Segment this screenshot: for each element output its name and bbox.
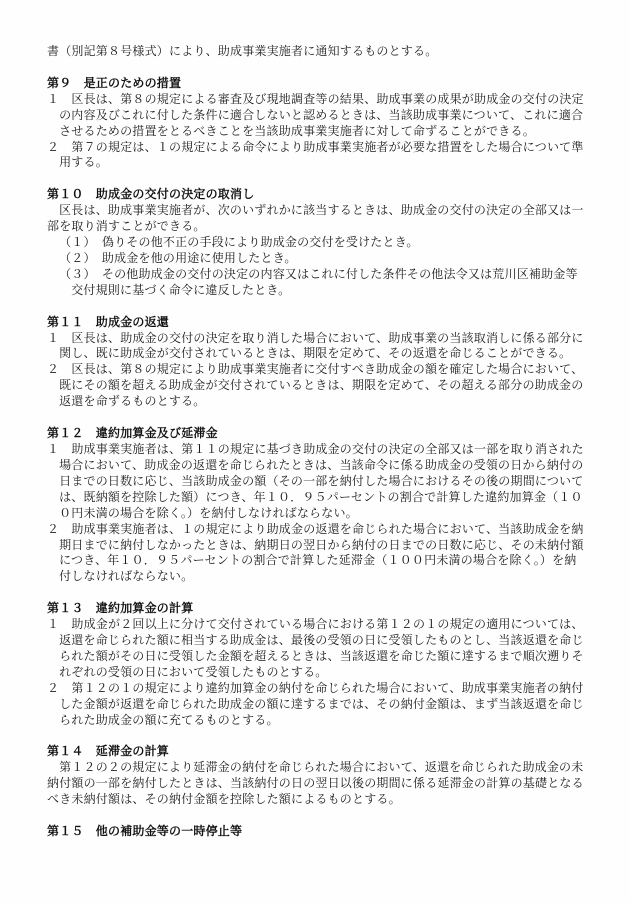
body-text-line: ０円未満の場合を除く。）を納付しなければならない。 — [59, 505, 358, 521]
body-text-line: れぞれの受領の日において受領したものとする。 — [59, 664, 327, 680]
section-heading: 第１３ 違約加算金の計算 — [47, 600, 193, 616]
body-text-line: （２） 助成金を他の用途に使用したとき。 — [59, 250, 297, 266]
section-heading: 第９ 是正のための措置 — [47, 75, 181, 91]
section-heading: 第１２ 違約加算金及び延滞金 — [47, 425, 218, 441]
body-text-line: した金額が返還を命じられた助成金の額に達するまでは、その納付金額は、まず当該返還… — [59, 696, 584, 712]
body-text-line: 返還を命じられた額に相当する助成金は、最後の受領の日に受領したものとし、当該返還… — [59, 632, 584, 648]
body-text-line: １ 区長は、第８の規定による審査及び現地調査等の結果、助成事業の成果が助成金の交… — [47, 91, 584, 107]
body-text-line: 期日までに納付しなかったときは、納期日の翌日から納付の日までの日数に応じ、その未… — [59, 537, 584, 553]
body-text-line: 部を取り消すことができる。 — [47, 218, 206, 234]
body-text-line: （３） その他助成金の交付の決定の内容又はこれに付した条件その他法令又は荒川区補… — [59, 266, 578, 282]
section-heading: 第１４ 延滞金の計算 — [47, 743, 169, 759]
body-text-line: （１） 偽りその他不正の手段により助成金の交付を受けたとき。 — [59, 234, 419, 250]
body-text-line: べき未納付額は、その納付金額を控除した額によるものとする。 — [47, 791, 401, 807]
body-text-line: 場合において、助成金の返還を命じられたときは、当該命令に係る助成金の受領の日から… — [59, 457, 583, 473]
body-text-line: １ 助成事業実施者は、第１１の規定に基づき助成金の交付の決定の全部又は一部を取り… — [47, 441, 584, 457]
body-text-line: られた額がその日に受領した金額を超えるときは、当該返還を命じた額に達するまで順次… — [59, 648, 584, 664]
body-text-line: させるための措置をとるべきことを当該助成事業実施者に対して命ずることができる。 — [59, 123, 535, 139]
body-text-line: られた助成金の額に充てるものとする。 — [59, 712, 279, 728]
body-text-line: ２ 第１２の１の規定により違約加算金の納付を命じられた場合において、助成事業実施… — [47, 680, 584, 696]
section-heading: 第１５ 他の補助金等の一時停止等 — [47, 823, 242, 839]
body-text-line: 既にその額を超える助成金が交付されているときは、期限を定めて、その超える部分の助… — [59, 377, 583, 393]
body-text-line: 納付額の一部を納付したときは、当該納付の日の翌日以後の期間に係る延滞金の計算の基… — [47, 775, 584, 791]
body-text-line: １ 区長は、助成金の交付の決定を取り消した場合において、助成事業の当該取消しに係… — [47, 330, 584, 346]
body-text-line: ２ 区長は、第８の規定により助成事業実施者に交付すべき助成金の額を確定した場合に… — [47, 361, 583, 377]
body-text-line: ２ 第７の規定は、１の規定による命令により助成事業実施者が必要な措置をした場合に… — [47, 139, 584, 155]
section-heading: 第１１ 助成金の返還 — [47, 314, 169, 330]
document-page: 書（別記第８号様式）により、助成事業実施者に通知するものとする。第９ 是正のため… — [0, 0, 630, 903]
body-text-line: 返還を命ずるものとする。 — [59, 393, 205, 409]
body-text-line: 用する。 — [59, 154, 108, 170]
section-heading: 第１０ 助成金の交付の決定の取消し — [47, 186, 254, 202]
body-text-line: につき、年１０．９５パーセントの割合で計算した延滞金（１００円未満の場合を除く。… — [59, 552, 576, 568]
body-text-line: １ 助成金が２回以上に分けて交付されている場合における第１２の１の規定の適用につ… — [47, 616, 584, 632]
body-text-line: 区長は、助成事業実施者が、次のいずれかに該当するときは、助成金の交付の決定の全部… — [59, 202, 584, 218]
body-text-line: 第１２の２の規定により延滞金の納付を命じられた場合において、返還を命じられた助成… — [59, 759, 583, 775]
body-text-line: 交付規則に基づく命令に違反したとき。 — [71, 282, 290, 298]
body-text-line: 書（別記第８号様式）により、助成事業実施者に通知するものとする。 — [47, 43, 437, 59]
body-text-line: の内容及びこれに付した条件に適合しないと認めるときは、当該助成事業について、これ… — [59, 107, 583, 123]
body-text-line: 日までの日数に応じ、当該助成金の額（その一部を納付した場合におけるその後の期間に… — [59, 473, 583, 489]
body-text-line: ２ 助成事業実施者は、１の規定により助成金の返還を命じられた場合において、当該助… — [47, 521, 584, 537]
body-text-line: 付しなければならない。 — [59, 568, 193, 584]
body-text-line: は、既納額を控除した額）につき、年１０．９５パーセントの割合で計算した違約加算金… — [59, 489, 583, 505]
body-text-line: 関し、既に助成金が交付されているときは、期限を定めて、その返還を命じることができ… — [59, 345, 571, 361]
